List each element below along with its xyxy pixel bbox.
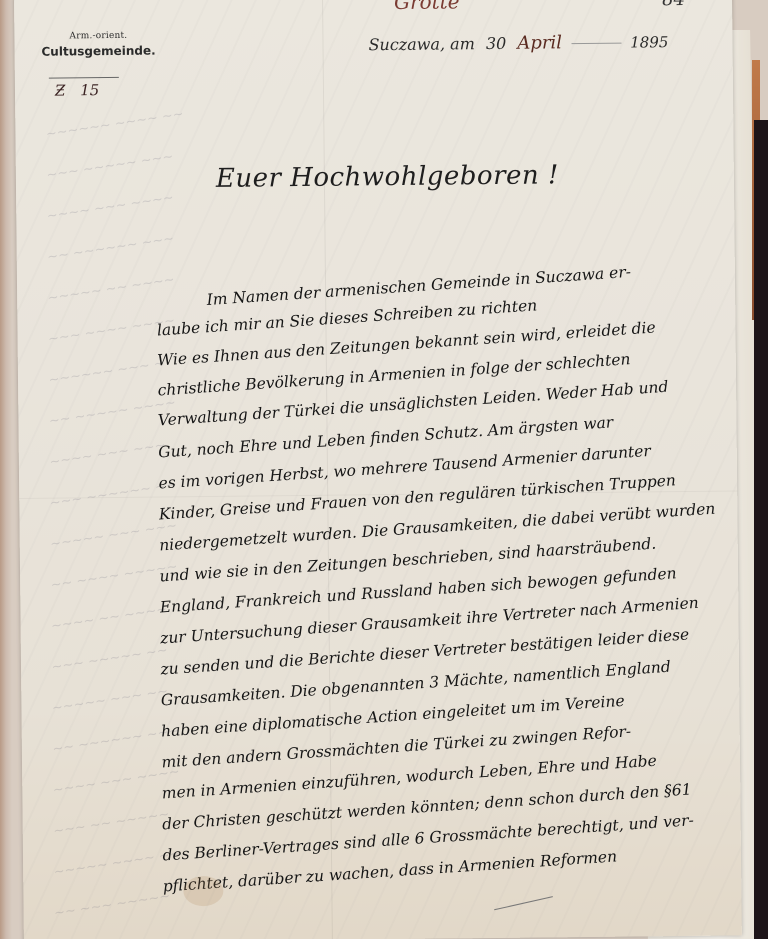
salutation: Euer Hochwohlgeboren ! <box>216 160 559 194</box>
ink-flourish <box>494 896 553 910</box>
letterhead-stamp: Arm.-orient. Cultusgemeinde. <box>28 30 168 58</box>
stamp-underline <box>49 77 119 79</box>
date-month: April <box>517 32 562 53</box>
date-rule <box>571 43 621 45</box>
body-line: Im Namen der armenischen Gemeinde in Suc… <box>206 263 631 309</box>
letter-sheet: ~~~~~~ ~~~~ ~~~~~ ~~~~~ ~~~~~~~ ~~~ ~~~~… <box>14 0 742 939</box>
archive-name: Grotte <box>394 0 460 14</box>
date-day: 30 <box>486 34 507 53</box>
archive-page-number: 84 <box>662 0 685 10</box>
letter-body: Im Namen der armenischen Gemeinde in Suc… <box>157 275 768 281</box>
letterhead-line2: Cultusgemeinde. <box>28 43 168 58</box>
reference-mark: 15 <box>80 81 99 99</box>
dark-surface <box>754 120 768 939</box>
reference-initial: Ƶ <box>55 81 66 99</box>
dateline: Suczawa, am 30 April 1895 <box>368 31 718 56</box>
reference-number: Ƶ 15 <box>55 81 99 99</box>
date-place: Suczawa, am <box>368 34 475 54</box>
letterhead-line1: Arm.-orient. <box>28 30 168 41</box>
archive-number: 5100 <box>569 0 602 1</box>
date-year: 1895 <box>630 33 668 51</box>
paper-stain <box>183 876 223 906</box>
